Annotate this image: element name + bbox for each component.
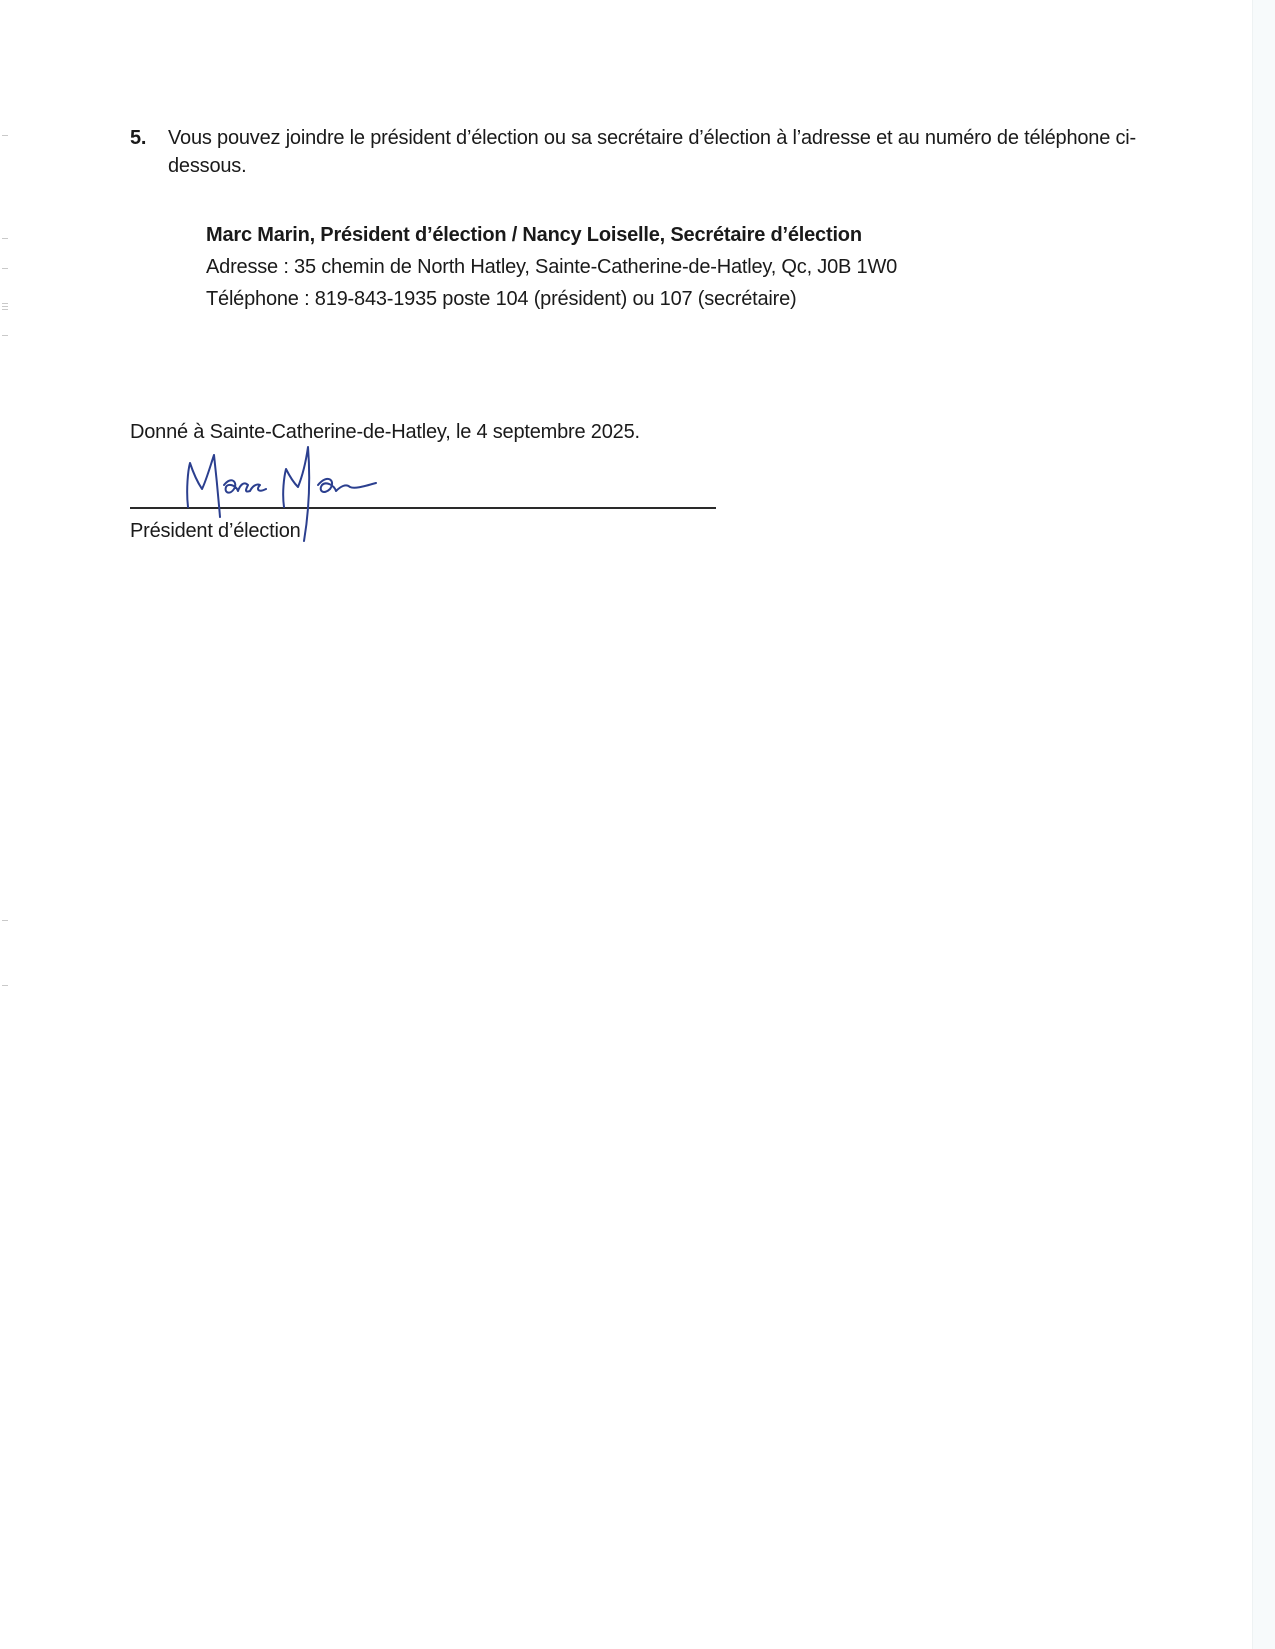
signature-block: Président d’élection — [130, 445, 720, 545]
numbered-item: 5. Vous pouvez joindre le président d’él… — [130, 124, 1200, 180]
document-page: 5. Vous pouvez joindre le président d’él… — [0, 0, 1275, 1649]
scan-edge — [1252, 0, 1275, 1649]
item-number: 5. — [130, 124, 146, 152]
contact-address: Adresse : 35 chemin de North Hatley, Sai… — [206, 251, 897, 283]
contact-names: Marc Marin, Président d’élection / Nancy… — [206, 219, 897, 251]
signature-label: Président d’élection — [130, 517, 301, 545]
contact-phone: Téléphone : 819-843-1935 poste 104 (prés… — [206, 283, 897, 315]
contact-block: Marc Marin, Président d’élection / Nancy… — [206, 219, 897, 315]
item-text: Vous pouvez joindre le président d’élect… — [168, 124, 1200, 180]
scan-margin-marks — [0, 0, 12, 1649]
given-at-line: Donné à Sainte-Catherine-de-Hatley, le 4… — [130, 418, 640, 446]
